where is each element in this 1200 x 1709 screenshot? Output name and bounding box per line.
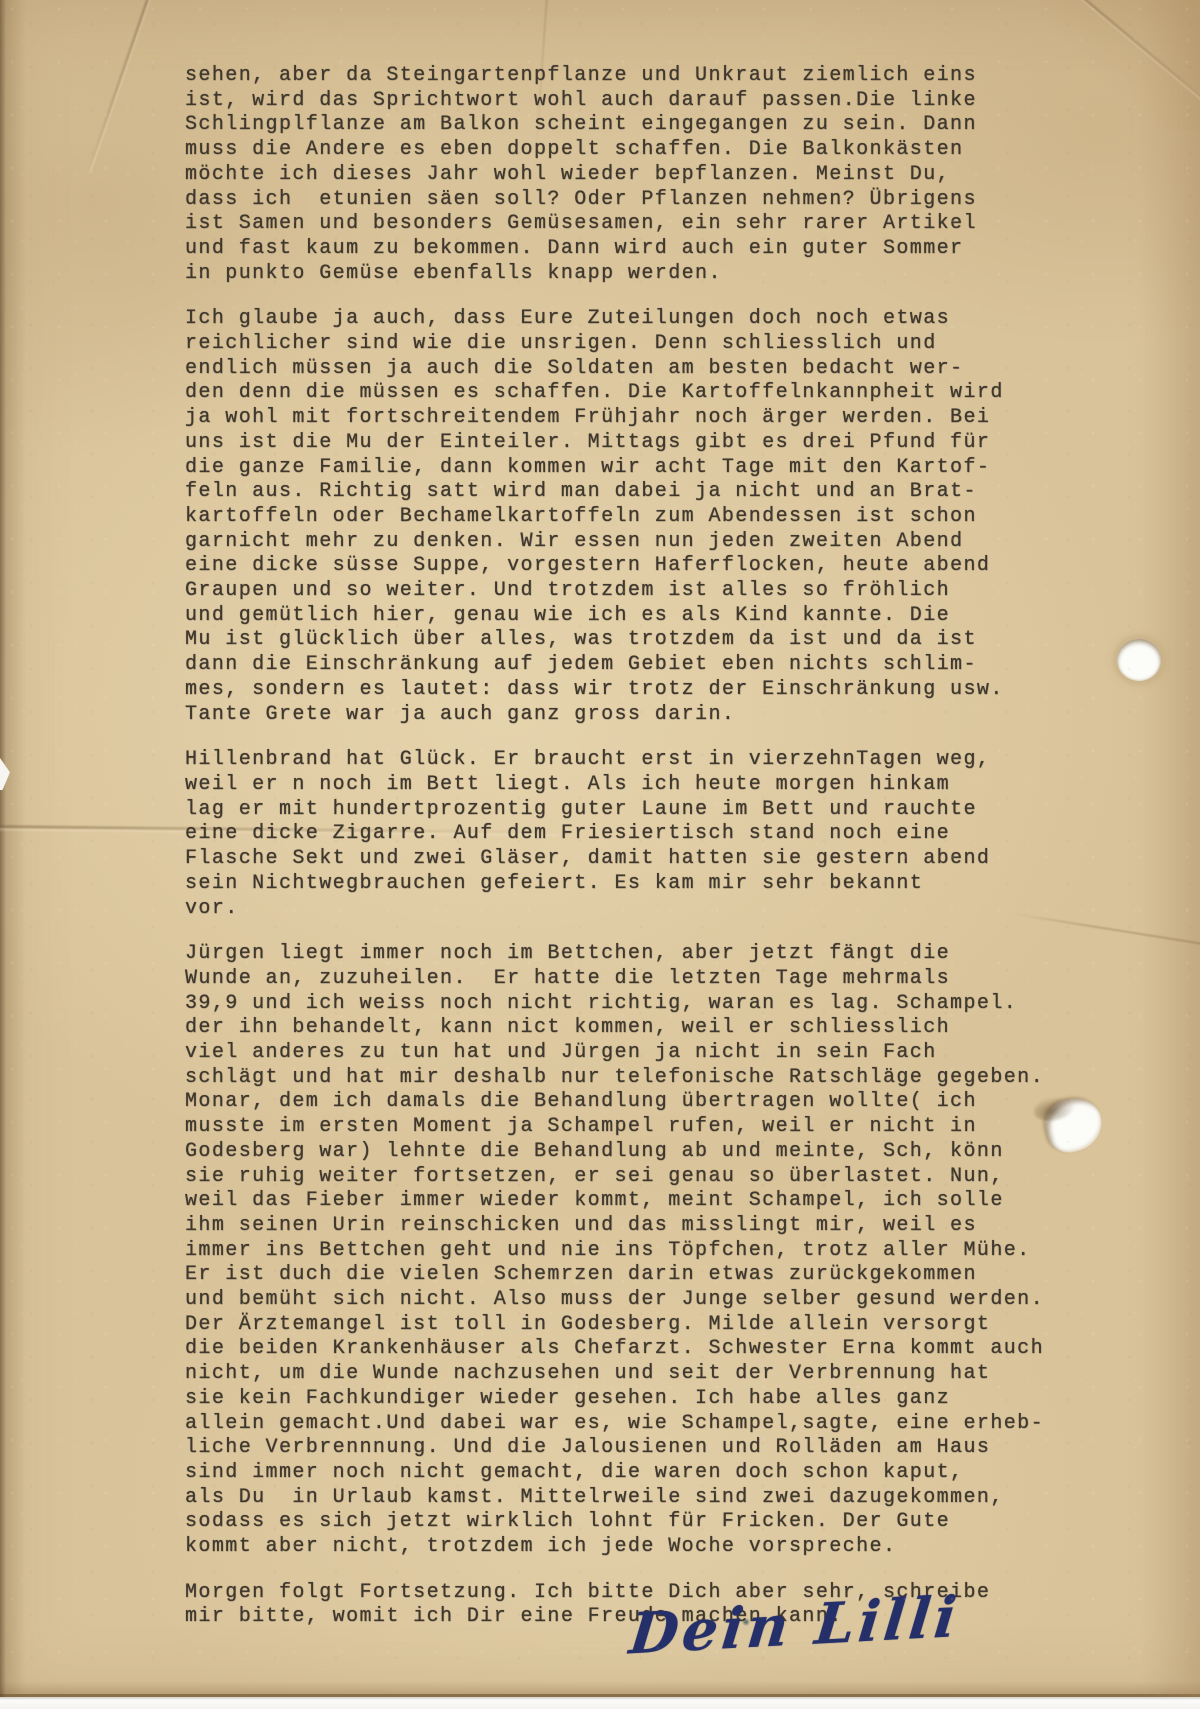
handwritten-signature: Dein Lilli — [623, 1582, 993, 1702]
letter-paragraph-3: Hillenbrand hat Glück. Er braucht erst i… — [185, 748, 1125, 921]
paper-sheet: sehen, aber da Steingartenpflanze und Un… — [0, 0, 1200, 1697]
crease-line — [87, 0, 153, 173]
edge-tear — [0, 758, 10, 790]
letter-body: sehen, aber da Steingartenpflanze und Un… — [185, 64, 1125, 1651]
letter-paragraph-2: Ich glaube ja auch, dass Eure Zuteilunge… — [185, 307, 1125, 727]
scanned-letter-page: sehen, aber da Steingartenpflanze und Un… — [0, 0, 1200, 1709]
letter-paragraph-1: sehen, aber da Steingartenpflanze und Un… — [185, 64, 1125, 286]
letter-paragraph-4: Jürgen liegt immer noch im Bettchen, abe… — [185, 942, 1125, 1560]
scanner-background-strip — [0, 1697, 1200, 1709]
